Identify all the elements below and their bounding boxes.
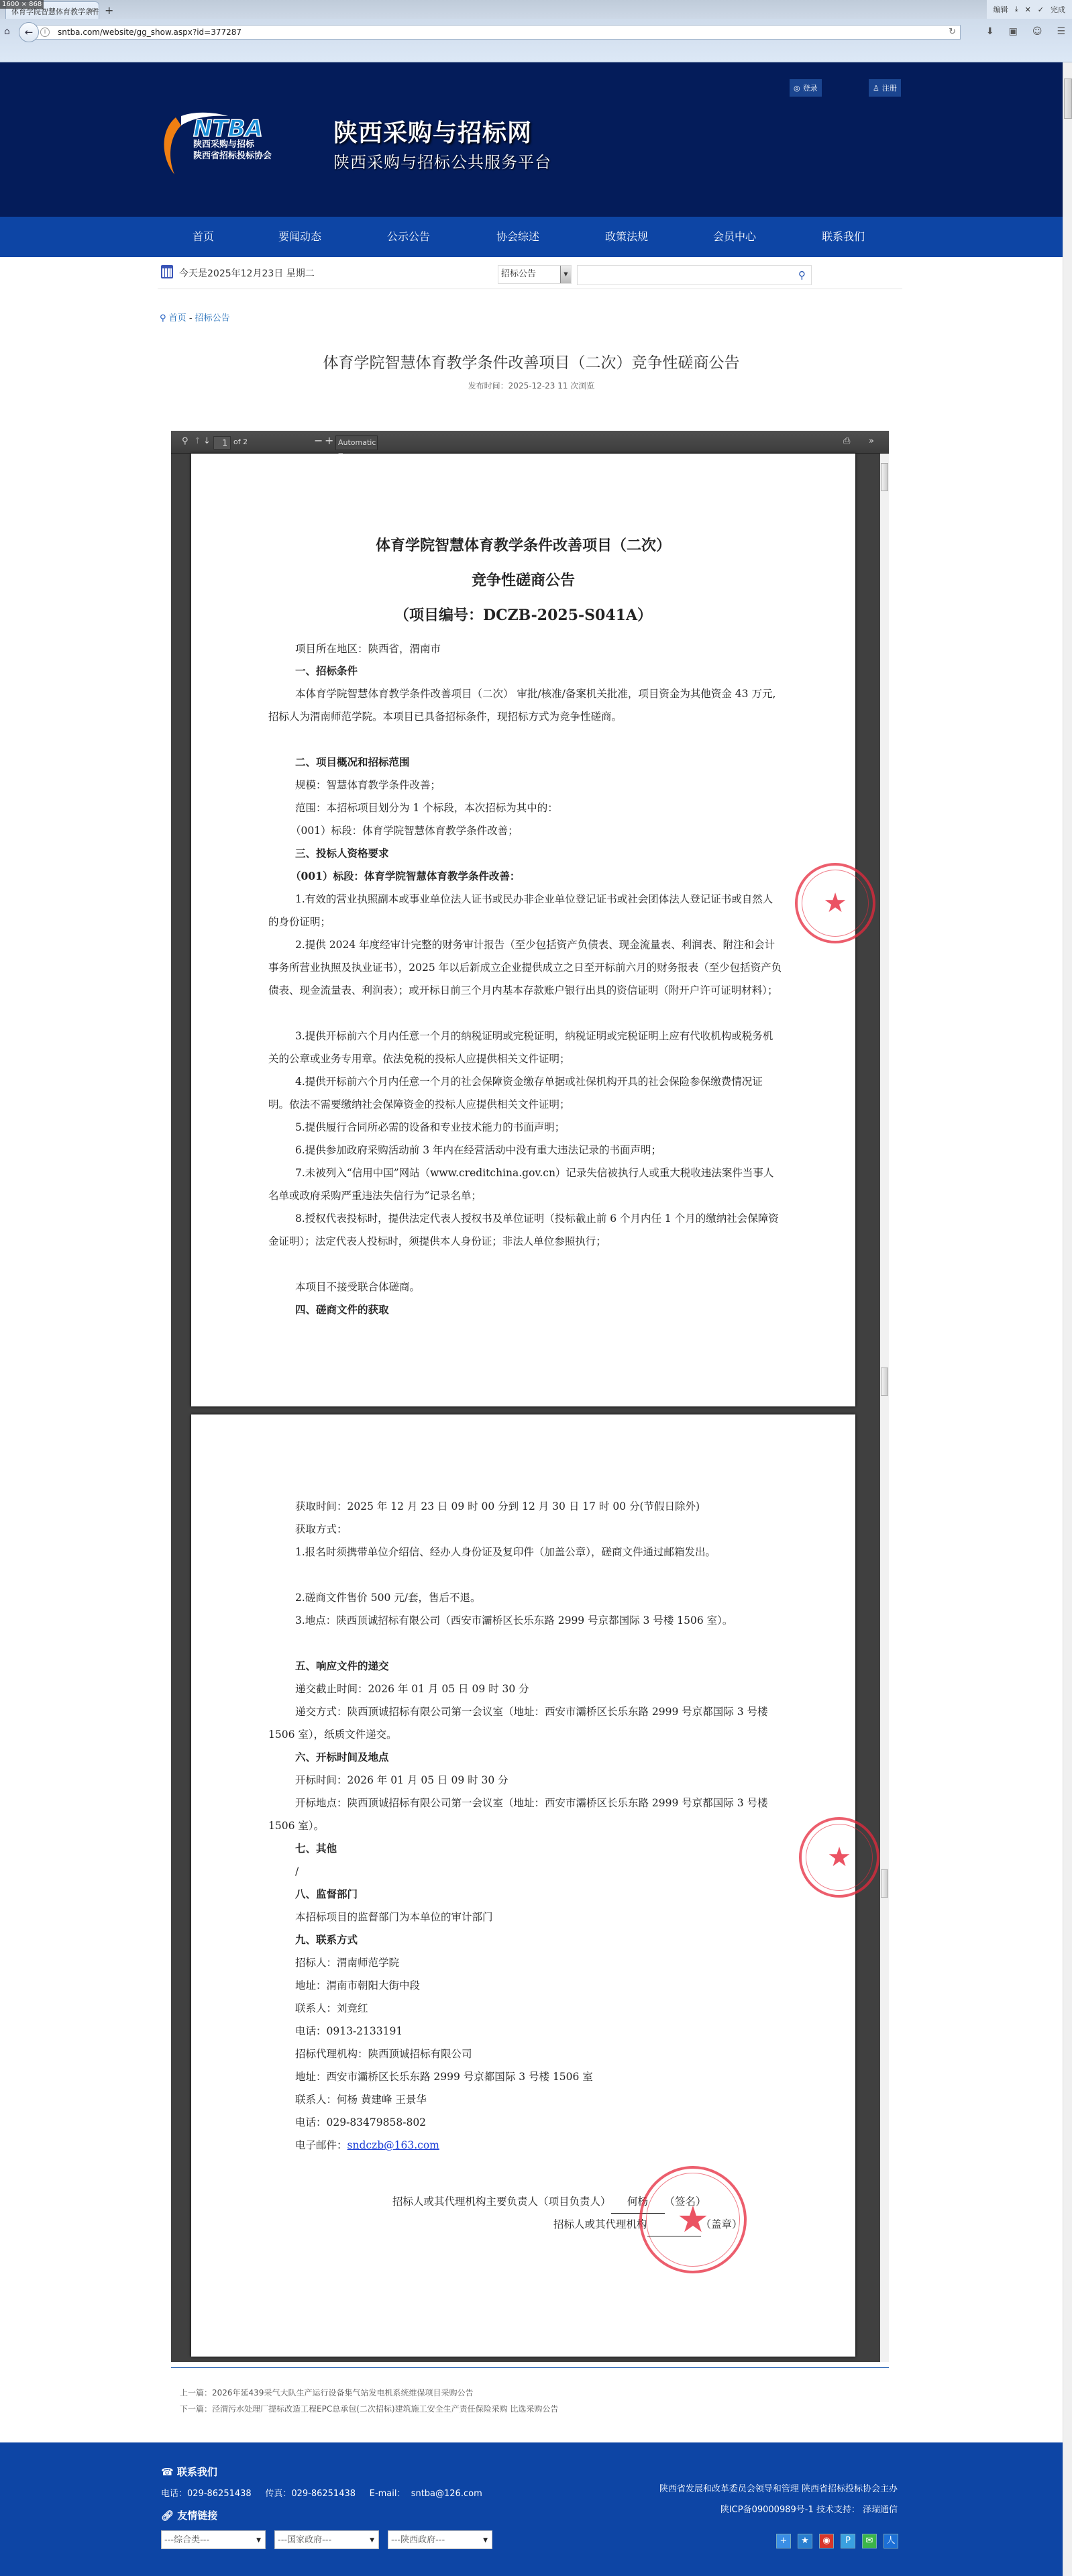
doc-get-3: 3.地点：陕西顶诚招标有限公司（西安市灞桥区长乐东路 2999 号京都国际 3 … (268, 1609, 782, 1632)
logo-line-1: 陕西采购与招标 (193, 139, 272, 150)
tencent-weibo-icon[interactable]: P (841, 2534, 855, 2548)
register-label: 注册 (882, 83, 897, 93)
select-value: ---陕西政府--- (391, 2535, 445, 2545)
register-button[interactable]: ♙ 注册 (869, 79, 901, 97)
breadcrumb: ⚲ 首页 - 招标公告 (160, 311, 230, 323)
zoom-select[interactable]: Automatic Zoom (335, 435, 378, 450)
doc-req-4: 4.提供开标前六个月内任意一个月的社会保障资金缴存单据或社保机构开具的社会保险参… (268, 1070, 782, 1116)
nav-contact[interactable]: 联系我们 (803, 217, 883, 257)
doc-section-6: 六、开标时间及地点 (295, 1746, 809, 1769)
contact-title-text: 联系我们 (177, 2466, 217, 2478)
phone-book-icon: ☎ (161, 2466, 174, 2478)
print-icon[interactable]: ⎙ (843, 436, 850, 446)
doc-open-place: 开标地点：陕西顶诚招标有限公司第一会议室（地址：西安市灞桥区长乐东路 2999 … (268, 1792, 782, 1837)
doc-section-2: 二、项目概况和招标范围 (295, 751, 809, 774)
doc-section-9: 九、联系方式 (295, 1928, 809, 1951)
url-input[interactable]: i sntba.com/website/gg_show.aspx?id=3772… (35, 25, 961, 40)
doc-subtitle: 竞争性磋商公告 (191, 569, 855, 590)
doc-section-3: 三、投标人资格要求 (295, 842, 809, 865)
page-scrollbar[interactable] (1063, 62, 1072, 2576)
doc-submit-deadline: 递交截止时间：2026 年 01 月 05 日 09 时 30 分 (295, 1678, 809, 1700)
doc-req-1: 1.有效的营业执照副本或事业单位法人证书或民办非企业单位登记证书或社会团体法人登… (268, 888, 782, 933)
footer-contact-line: 电话：029-86251438 传真：029-86251438 E-mail： … (161, 2486, 482, 2499)
doc-section-4: 四、磋商文件的获取 (295, 1298, 809, 1321)
doc-contact-5: 地址：西安市灞桥区长乐东路 2999 号京都国际 3 号楼 1506 室 (295, 2065, 809, 2088)
tools-expand-icon[interactable]: » (869, 436, 874, 446)
doc-email-link[interactable]: sndczb@163.com (347, 2139, 439, 2151)
capture-toolbar: 编辑 ⤓ ✕ ✓ 完成 (987, 0, 1072, 19)
doc-req-2: 2.提供 2024 年度经审计完整的财务审计报告（至少包括资产负债表、现金流量表… (268, 933, 782, 1002)
site-name: 陕西采购与招标网 (333, 114, 532, 148)
select-value: ---国家政府--- (278, 2535, 331, 2545)
info-icon[interactable]: i (40, 28, 50, 37)
find-icon[interactable]: ⚲ (182, 436, 189, 446)
doc-req-7: 7.未被列入“信用中国”网站（www.creditchina.gov.cn）记录… (268, 1162, 782, 1207)
page-total: of 2 (233, 437, 248, 446)
breadcrumb-home[interactable]: 首页 (169, 313, 186, 323)
svg-text:NTBA: NTBA (193, 115, 263, 142)
pdf-scroll-marker (881, 1869, 888, 1898)
dimensions-badge: 1600 × 868 (0, 0, 44, 9)
pdf-toolbar: ⚲ ↑ ↓ 1 of 2 − + Automatic Zoom ⎙ » (171, 431, 889, 454)
back-button[interactable]: ← (19, 22, 39, 42)
done-button[interactable]: 完成 (1051, 4, 1065, 15)
doc-contact-7: 电话：029-83479858-802 (295, 2111, 809, 2134)
address-row: ⌂ i sntba.com/website/gg_show.aspx?id=37… (0, 20, 1072, 44)
doc-req-6: 6.提供参加政府采购活动前 3 年内在经营活动中没有重大违法记录的书面声明； (268, 1139, 782, 1162)
select-value: ---综合类--- (164, 2535, 209, 2545)
close-tab-icon[interactable]: ✕ (89, 6, 95, 15)
previous-page-icon[interactable]: ↑ (194, 436, 201, 446)
doc-req-8: 8.授权代表投标时，提供法定代表人授权书及单位证明（投标截止前 6 个月内任 1… (268, 1207, 782, 1253)
tab-bar: 体育学院智慧体育教学条件改... ✕ + 1600 × 868 编辑 ⤓ ✕ ✓… (0, 0, 1072, 19)
doc-section-8: 八、监督部门 (295, 1883, 809, 1906)
browser-chrome: 体育学院智慧体育教学条件改... ✕ + 1600 × 868 编辑 ⤓ ✕ ✓… (0, 0, 1072, 62)
weibo-icon[interactable]: ◉ (819, 2534, 834, 2548)
link-icon: 🔗︎ (161, 2510, 174, 2522)
doc-get-time: 获取时间：2025 年 12 月 23 日 09 时 00 分到 12 月 30… (295, 1495, 809, 1518)
info-bar: 今天是2025年12月23日 星期二 招标公告 ▼ ⚲ (158, 257, 902, 289)
footer-organizer: 陕西省发展和改革委员会领导和管理 陕西省招标投标协会主办 (659, 2481, 898, 2494)
user-icon: ♙ (873, 84, 879, 93)
url-text: sntba.com/website/gg_show.aspx?id=377287 (58, 28, 242, 37)
close-icon[interactable]: ✕ (1025, 5, 1031, 14)
edit-button[interactable]: 编辑 (994, 4, 1008, 15)
download-icon[interactable]: ⤓ (1015, 5, 1018, 14)
doc-email-row: 电子邮件：sndczb@163.com (295, 2134, 809, 2157)
doc-contact-3: 电话：0913-2133191 (295, 2020, 809, 2043)
zoom-in-icon[interactable]: + (325, 434, 333, 447)
doc-section-1: 一、招标条件 (295, 660, 809, 682)
logo-line-2: 陕西省招标投标协会 (193, 150, 272, 162)
reload-icon[interactable]: ↻ (949, 25, 956, 39)
doc-get-method: 获取方式： (295, 1518, 809, 1541)
doc-range: 范围：本招标项目划分为 1 个标段，本次招标为其中的： (295, 796, 809, 819)
location-pin-icon: ⚲ (160, 313, 166, 323)
pdf-viewer: ⚲ ↑ ↓ 1 of 2 − + Automatic Zoom ⎙ » 体育学院… (171, 431, 889, 2362)
nav-news[interactable]: 要闻动态 (260, 217, 340, 257)
chat-icon[interactable]: ☺ (1032, 26, 1042, 37)
pdf-page-1: 体育学院智慧体育教学条件改善项目（二次） 竞争性磋商公告 （项目编号：DCZB-… (191, 454, 855, 1406)
login-label: 登录 (803, 83, 818, 93)
search-icon[interactable]: ⚲ (798, 269, 806, 281)
login-button[interactable]: ◎ 登录 (790, 79, 822, 97)
doc-region: 项目所在地区：陕西省，渭南市 (295, 637, 809, 660)
share-plus-icon[interactable]: + (776, 2534, 791, 2548)
article-meta: 发布时间：2025-12-23 11 次浏览 (0, 380, 1063, 391)
nav-announcements[interactable]: 公示公告 (368, 217, 449, 257)
user-circle-icon: ◎ (794, 84, 800, 93)
doc-section-3-lot: （001）标段：体育学院智慧体育教学条件改善： (290, 865, 804, 888)
search-category-select[interactable]: 招标公告 ▼ (498, 265, 572, 284)
sign-label-2: 招标人或其代理机构 (553, 2218, 647, 2230)
pdf-page-2: 获取时间：2025 年 12 月 23 日 09 时 00 分到 12 月 30… (191, 1414, 855, 2357)
page-title: 体育学院智慧体育教学条件改善项目（二次）竞争性磋商公告 (0, 350, 1063, 372)
doc-section-7-body: / (295, 1860, 809, 1883)
wechat-icon[interactable]: ✉ (862, 2534, 877, 2548)
page-number-input[interactable]: 1 (213, 436, 231, 450)
check-icon[interactable]: ✓ (1038, 5, 1044, 14)
doc-section-7: 七、其他 (295, 1837, 809, 1860)
seal-stamp-icon: ★ (799, 1817, 879, 1898)
seal-stamp-icon: ★ (795, 863, 875, 943)
scroll-thumb[interactable] (1064, 79, 1072, 119)
doc-get-1: 1.报名时须携带单位介绍信、经办人身份证及复印件（加盖公章），磋商文件通过邮箱发… (268, 1541, 782, 1563)
pdf-scrollbar[interactable] (880, 454, 889, 2362)
doc-title: 体育学院智慧体育教学条件改善项目（二次） (191, 534, 855, 555)
zoom-out-icon[interactable]: − (314, 434, 323, 447)
footer (0, 2442, 1063, 2576)
site-subtitle: 陕西采购与招标公共服务平台 (333, 149, 551, 172)
doc-submit-method: 递交方式：陕西顶诚招标有限公司第一会议室（地址：西安市灞桥区长乐东路 2999 … (268, 1700, 782, 1746)
doc-section-1-body: 本体育学院智慧体育教学条件改善项目（二次） 审批/核准/备案机关批准，项目资金为… (268, 682, 782, 728)
logo-caption: 陕西采购与招标 陕西省招标投标协会 (193, 139, 272, 162)
chevron-down-icon: ▼ (370, 2531, 374, 2550)
seal-stamp-icon: ★ (639, 2166, 747, 2273)
doc-contact-2: 联系人：刘竞红 (295, 1997, 809, 2020)
doc-project-number: （项目编号：DCZB-2025-S041A） (191, 604, 855, 625)
links-title-text: 友情链接 (177, 2510, 217, 2522)
footer-contact-title: ☎ 联系我们 (161, 2465, 217, 2479)
today-date: 今天是2025年12月23日 星期二 (179, 266, 315, 280)
doc-contact-1: 地址：渭南市朝阳大街中段 (295, 1974, 809, 1997)
nav-policy[interactable]: 政策法规 (586, 217, 667, 257)
breadcrumb-separator: - (186, 313, 195, 323)
calendar-icon (161, 265, 173, 278)
doc-req-3: 3.提供开标前六个月内任意一个月的纳税证明或完税证明，纳税证明或完税证明上应有代… (268, 1025, 782, 1070)
nav-home[interactable]: 首页 (163, 217, 244, 257)
footer-links-title: 🔗︎ 友情链接 (161, 2508, 217, 2522)
chevron-down-icon: ▼ (483, 2531, 488, 2550)
links-select-shaanxi[interactable]: ---陕西政府---▼ (388, 2530, 492, 2549)
nav-members[interactable]: 会员中心 (694, 217, 775, 257)
qzone-icon[interactable]: ★ (798, 2534, 812, 2548)
breadcrumb-current[interactable]: 招标公告 (195, 313, 230, 323)
doc-contact-6: 联系人：何杨 黄建峰 王景华 (295, 2088, 809, 2111)
links-select-national[interactable]: ---国家政府---▼ (274, 2530, 379, 2549)
renren-icon[interactable]: 人 (883, 2534, 898, 2548)
search-input[interactable]: ⚲ (577, 265, 812, 285)
chevron-down-icon: ▼ (256, 2531, 261, 2550)
doc-contact-4: 招标代理机构：陕西顶诚招标有限公司 (295, 2043, 809, 2065)
home-icon[interactable]: ⌂ (4, 26, 10, 37)
sign-label-1: 招标人或其代理机构主要负责人（项目负责人） (392, 2196, 611, 2208)
main-nav: 首页 要闻动态 公示公告 协会综述 政策法规 会员中心 联系我们 (0, 217, 1063, 257)
download-arrow-icon[interactable]: ⬇ (986, 26, 994, 37)
doc-section-5: 五、响应文件的递交 (295, 1655, 809, 1678)
doc-req-5: 5.提供履行合同所必需的设备和专业技术能力的书面声明； (268, 1116, 782, 1139)
browser-toolbar-icons: ⬇ ▣ ☺ ☰ (986, 26, 1065, 37)
doc-email-label: 电子邮件： (295, 2139, 347, 2151)
pdf-scroll-marker (881, 1368, 888, 1396)
window-icon[interactable]: ▣ (1009, 26, 1018, 37)
doc-get-2: 2.磋商文件售价 500 元/套，售后不退。 (268, 1586, 782, 1609)
doc-section-8-body: 本招标项目的监督部门为本单位的审计部门 (295, 1906, 809, 1928)
doc-no-consortium: 本项目不接受联合体磋商。 (295, 1276, 809, 1298)
doc-open-time: 开标时间：2026 年 01 月 05 日 09 时 30 分 (295, 1769, 809, 1792)
footer-icp: 陕ICP备09000989号-1 技术支持： 泽瑞通信 (720, 2502, 898, 2515)
next-article-link[interactable]: 下一篇：泾渭污水处理厂提标改造工程EPC总承包(二次招标)建筑施工安全生产责任保… (180, 2403, 558, 2414)
links-select-general[interactable]: ---综合类---▼ (161, 2530, 266, 2549)
doc-scale: 规模：智慧体育教学条件改善； (295, 774, 809, 796)
doc-contact-0: 招标人：渭南师范学院 (295, 1951, 809, 1974)
next-page-icon[interactable]: ↓ (203, 436, 211, 446)
prev-article-link[interactable]: 上一篇：2026年延439采气大队生产运行设备集气站发电机系统维保项目采购公告 (180, 2387, 473, 2398)
new-tab-button[interactable]: + (105, 4, 113, 17)
divider (171, 2367, 889, 2368)
chevron-down-icon: ▼ (560, 266, 571, 283)
nav-association[interactable]: 协会综述 (478, 217, 558, 257)
pdf-scroll-thumb[interactable] (881, 463, 888, 491)
search-category-value: 招标公告 (501, 269, 536, 279)
doc-lot: （001）标段：体育学院智慧体育教学条件改善； (290, 819, 804, 842)
menu-icon[interactable]: ☰ (1057, 26, 1065, 37)
site-logo[interactable]: NTBA 陕西采购与招标 陕西省招标投标协会 (161, 111, 322, 174)
